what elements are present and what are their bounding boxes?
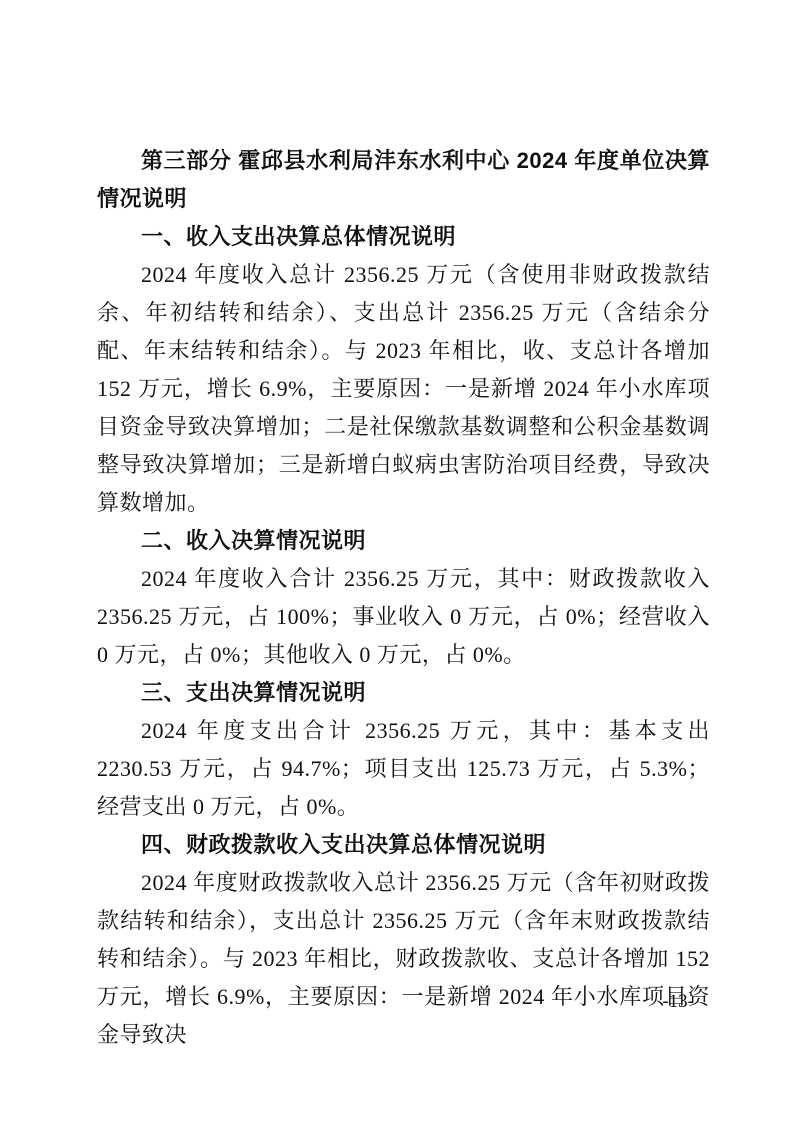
section-2-heading: 二、收入决算情况说明 (97, 522, 710, 560)
section-3-heading: 三、支出决算情况说明 (97, 674, 710, 712)
part-title: 第三部分 霍邱县水利局沣东水利中心 2024 年度单位决算情况说明 (97, 142, 710, 218)
section-2-body: 2024 年度收入合计 2356.25 万元，其中：财政拨款收入 2356.25… (97, 560, 710, 674)
section-1-heading: 一、收入支出决算总体情况说明 (97, 218, 710, 256)
document-page: 第三部分 霍邱县水利局沣东水利中心 2024 年度单位决算情况说明 一、收入支出… (0, 0, 793, 1122)
section-1-body: 2024 年度收入总计 2356.25 万元（含使用非财政拨款结余、年初结转和结… (97, 256, 710, 522)
page-number: -13- (662, 991, 694, 1013)
section-4-body: 2024 年度财政拨款收入总计 2356.25 万元（含年初财政拨款结转和结余）… (97, 864, 710, 1054)
document-content: 第三部分 霍邱县水利局沣东水利中心 2024 年度单位决算情况说明 一、收入支出… (97, 142, 710, 1054)
section-3-body: 2024 年度支出合计 2356.25 万元，其中：基本支出 2230.53 万… (97, 712, 710, 826)
section-4-heading: 四、财政拨款收入支出决算总体情况说明 (97, 826, 710, 864)
